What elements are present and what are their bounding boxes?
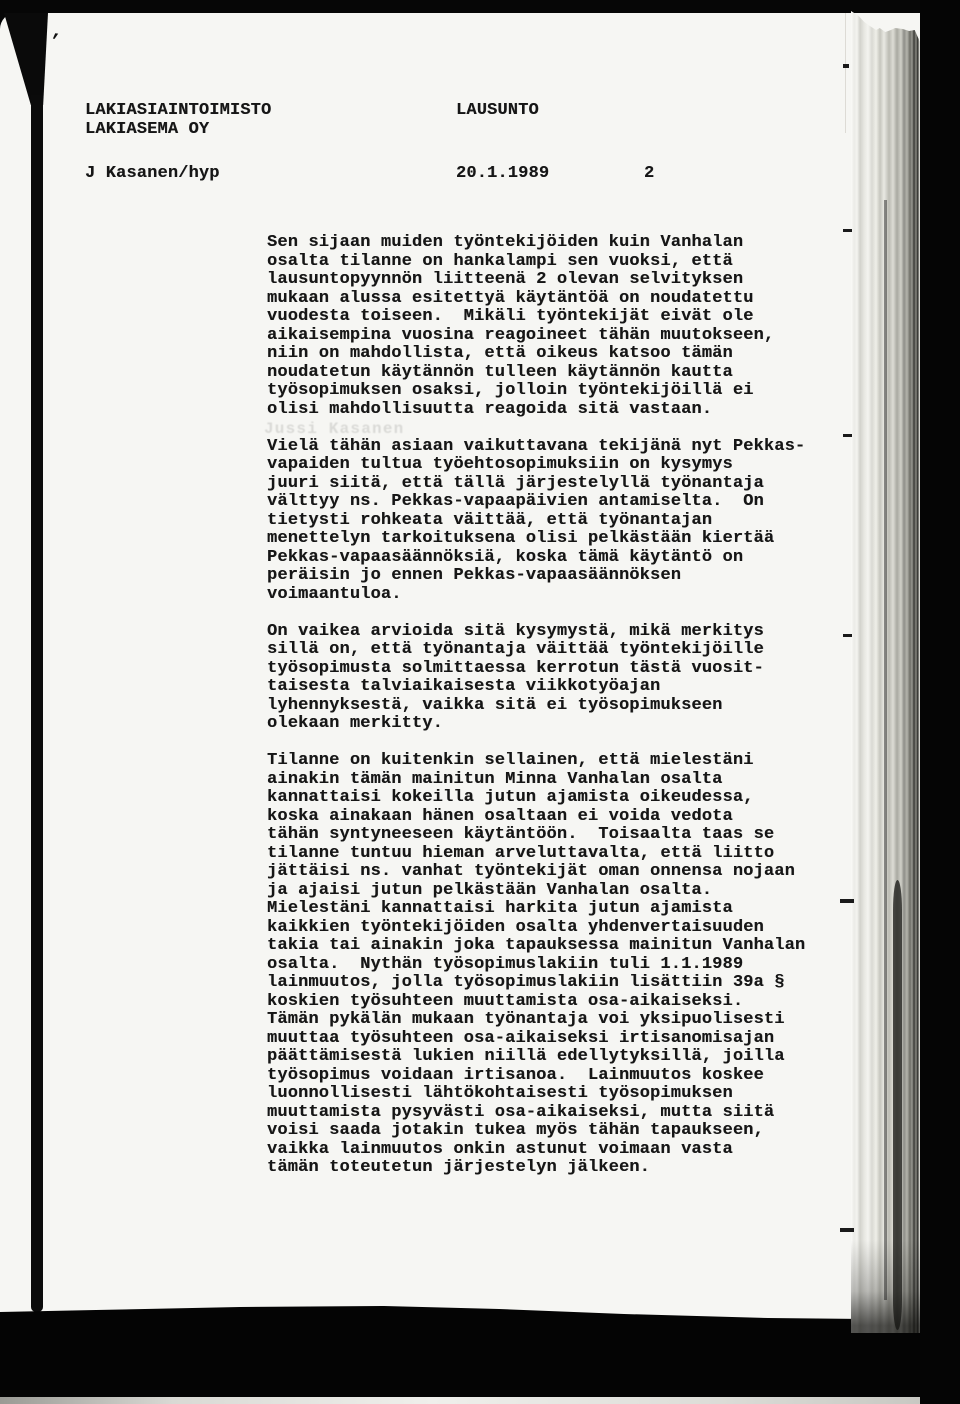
spine-shadow-line bbox=[31, 95, 43, 1312]
paragraph-4: Tilanne on kuitenkin sellainen, että mie… bbox=[267, 752, 805, 1178]
author-reference: J Kasanen/hyp bbox=[85, 165, 220, 184]
margin-mark bbox=[843, 634, 852, 637]
scan-bottom-edge-strip bbox=[0, 1397, 960, 1404]
paragraph-3: On vaikea arvioida sitä kysymystä, mikä … bbox=[267, 623, 805, 734]
firm-name-line2: LAKIASEMA OY bbox=[85, 121, 209, 140]
page-stack-dark-streak bbox=[893, 880, 902, 1330]
margin-mark bbox=[843, 229, 852, 232]
margin-mark bbox=[840, 1228, 854, 1232]
page-stack-dark-streak bbox=[884, 200, 887, 1300]
document-date: 20.1.1989 bbox=[456, 165, 549, 184]
page-crease-line bbox=[845, 13, 846, 133]
paper-page: ’ LAKIASIAINTOIMISTO LAKIASEMA OY LAUSUN… bbox=[0, 13, 921, 1320]
paragraph-2: Vielä tähän asiaan vaikuttavana tekijänä… bbox=[267, 438, 805, 605]
document-type-label: LAUSUNTO bbox=[456, 102, 539, 121]
scan-background-right bbox=[920, 0, 960, 1404]
paragraph-1: Sen sijaan muiden työntekijöiden kuin Va… bbox=[267, 234, 805, 419]
margin-mark bbox=[840, 899, 854, 903]
margin-mark bbox=[843, 434, 852, 437]
letter-body: Sen sijaan muiden työntekijöiden kuin Va… bbox=[267, 234, 805, 1196]
firm-name-line1: LAKIASIAINTOIMISTO bbox=[85, 102, 271, 121]
scanned-document-page: ’ LAKIASIAINTOIMISTO LAKIASEMA OY LAUSUN… bbox=[0, 0, 960, 1404]
margin-mark bbox=[843, 64, 849, 68]
page-number: 2 bbox=[644, 165, 654, 184]
scan-speck-mark: ’ bbox=[48, 30, 62, 53]
